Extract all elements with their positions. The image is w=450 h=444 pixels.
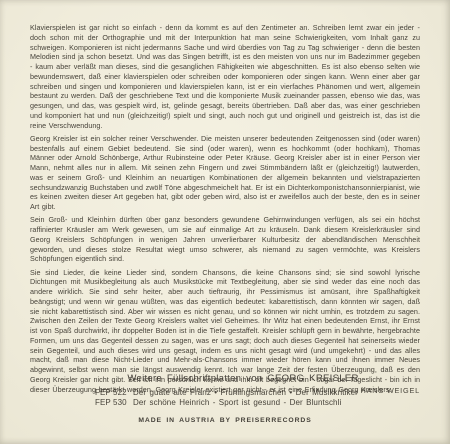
- catalog-number: FEP 522: [95, 388, 133, 399]
- record-sleeve-back: Klavierspielen ist gar nicht so einfach …: [0, 0, 450, 444]
- liner-notes-paragraph-3: Sein Groß- und Kleinhirn dürften über ga…: [30, 215, 420, 264]
- record-titles: Der schöne Heinrich - Sport ist gesund -…: [133, 398, 341, 409]
- liner-notes-paragraph-1: Klavierspielen ist gar nicht so einfach …: [30, 23, 420, 130]
- catalog-number: FEP 530: [95, 398, 133, 409]
- discography-heading: Weitere Füllschriftplatten von GEORG KRE…: [48, 373, 438, 384]
- discography-footer: Weitere Füllschriftplatten von GEORG KRE…: [30, 373, 420, 424]
- record-row-1: FEP 522 Der guate alte Franz • Frühlings…: [95, 388, 420, 399]
- made-in-austria-imprint: MADE IN AUSTRIA BY PREISERRECORDS: [30, 417, 420, 424]
- liner-notes: Klavierspielen ist gar nicht so einfach …: [30, 23, 420, 394]
- liner-notes-paragraph-2: Georg Kreisler ist ein solcher reiner Ve…: [30, 134, 420, 212]
- record-titles: Der guate alte Franz • Frühlingsmärchen …: [133, 388, 358, 399]
- record-row-2: FEP 530 Der schöne Heinrich - Sport ist …: [95, 398, 420, 409]
